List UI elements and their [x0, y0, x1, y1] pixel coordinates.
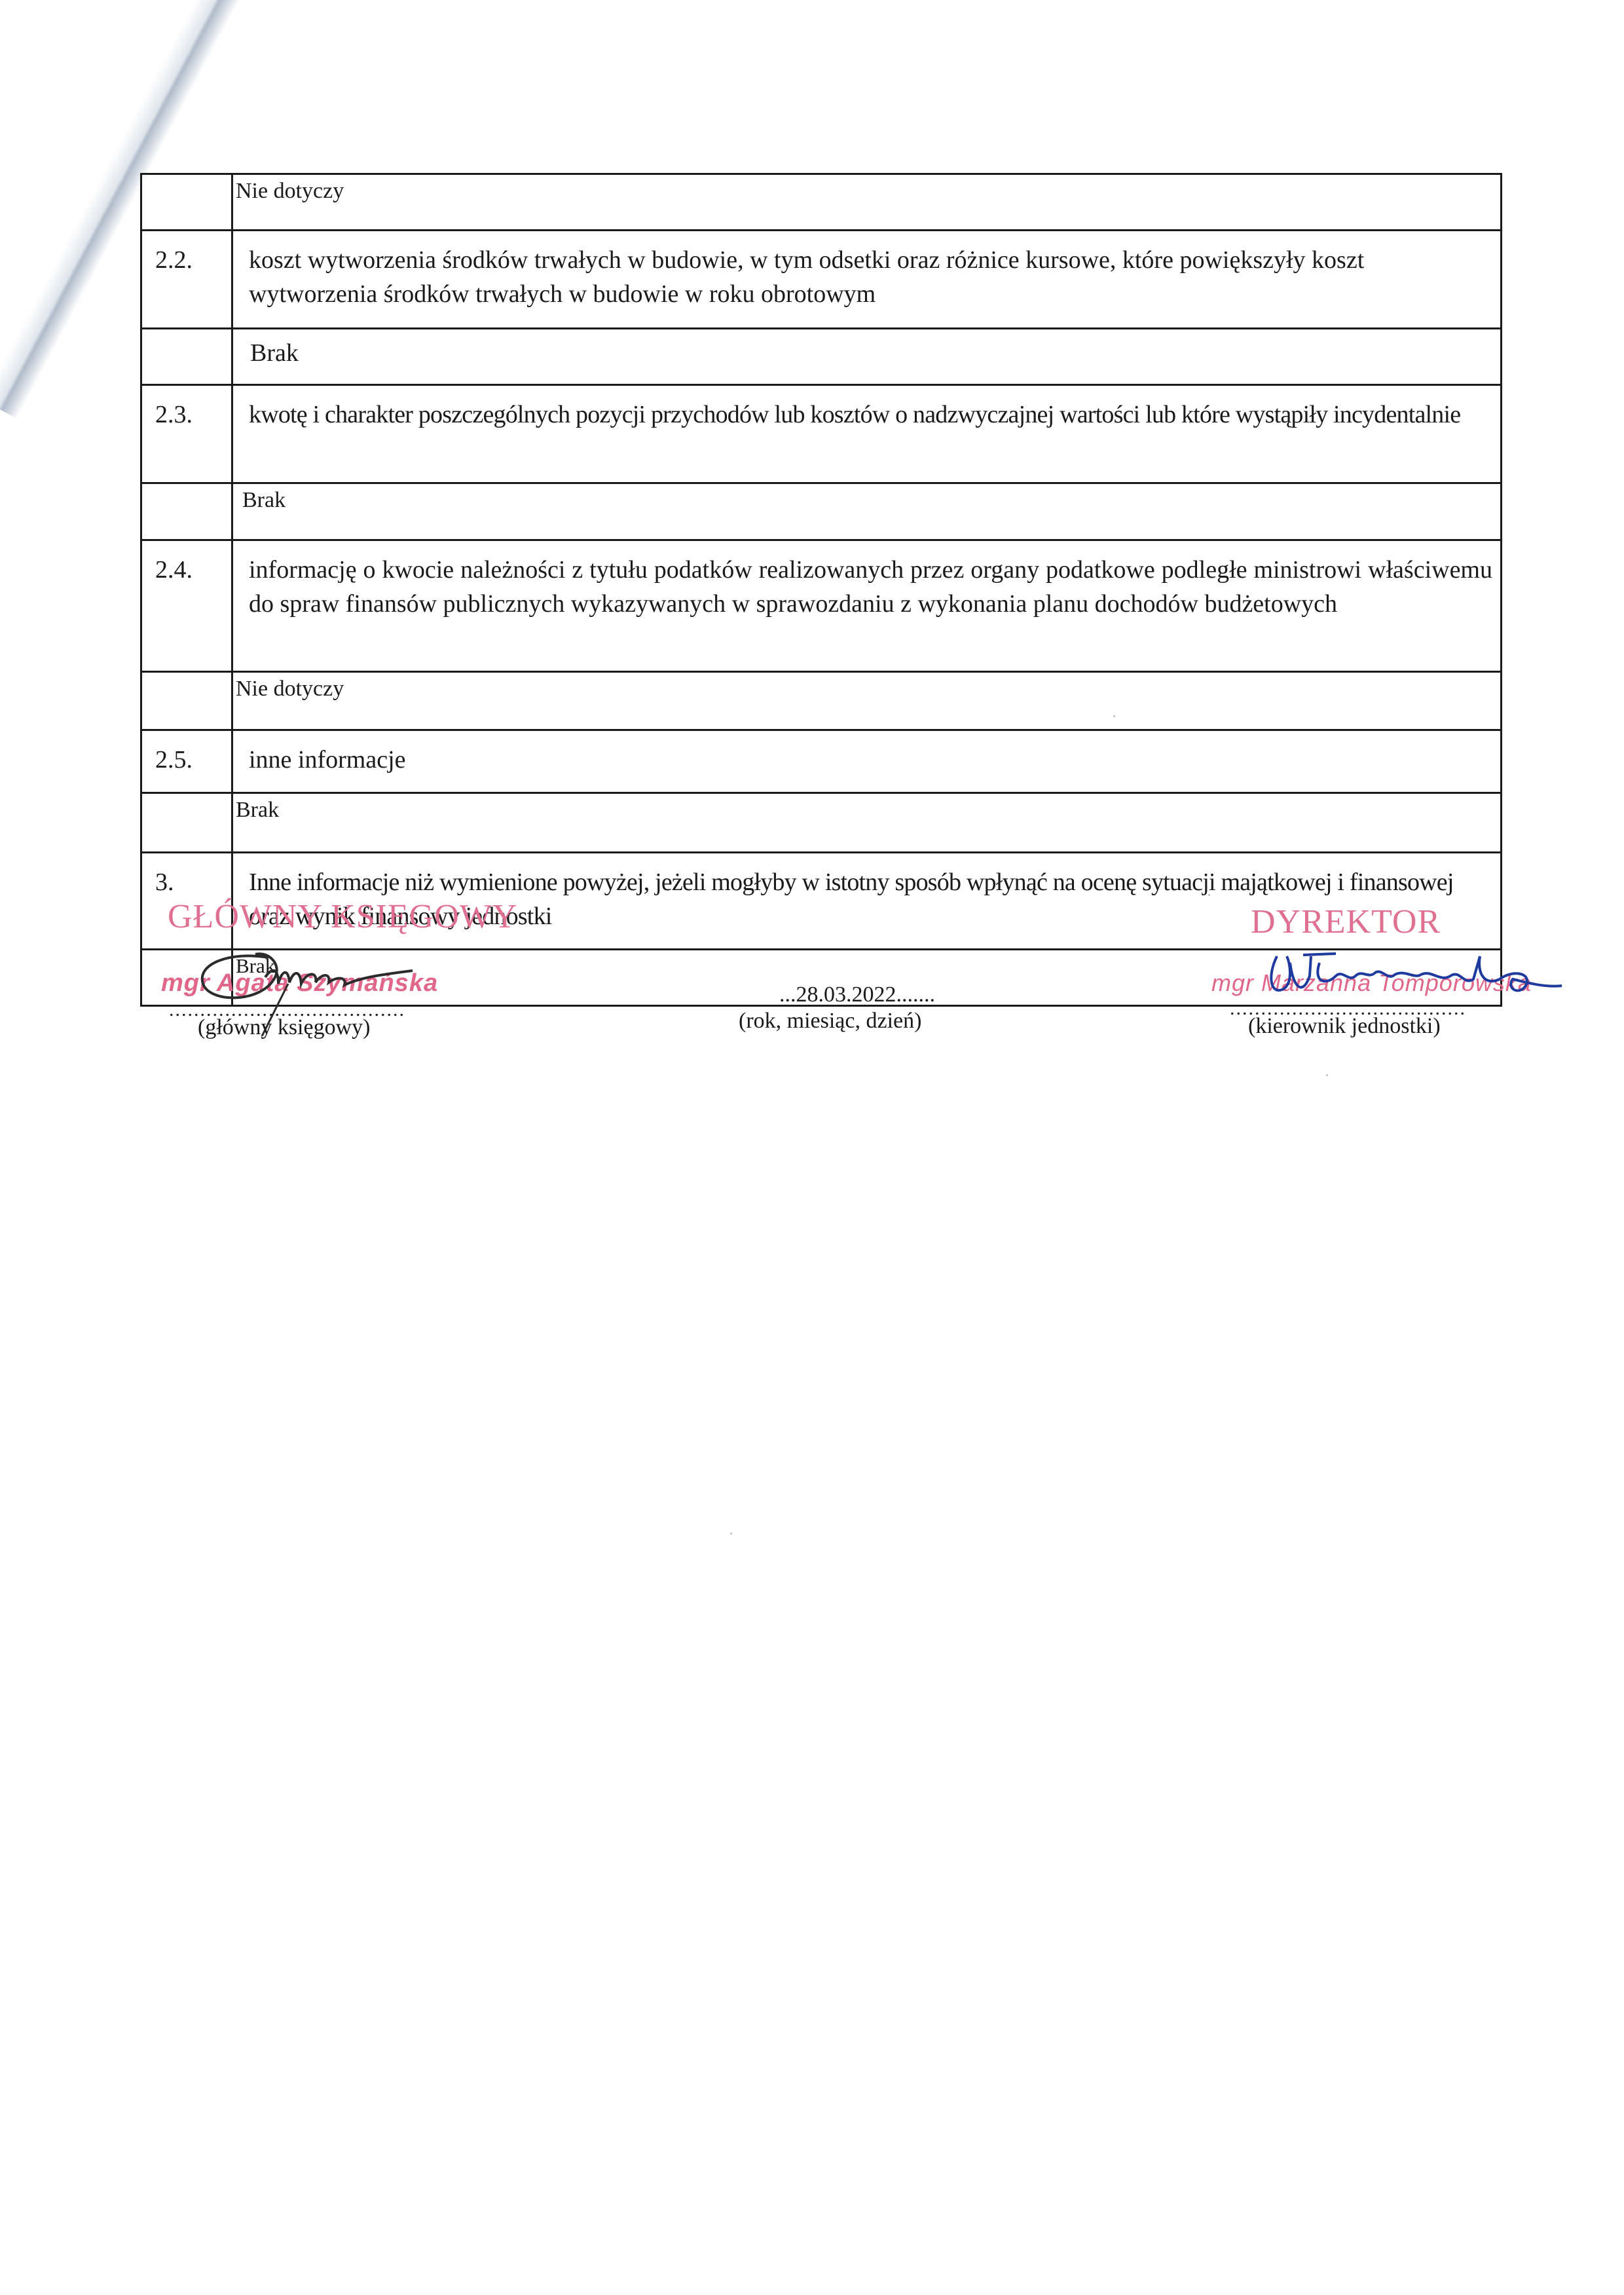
row-number — [141, 329, 232, 385]
table-row: Brak — [141, 793, 1502, 853]
table-row: 2.2. koszt wytworzenia środków trwałych … — [141, 231, 1502, 329]
table-row: 2.5. inne informacje — [141, 730, 1502, 793]
answer-text: Brak — [232, 329, 1502, 385]
table-row: 2.3. kwotę i charakter poszczególnych po… — [141, 385, 1502, 483]
answer-text: Nie dotyczy — [232, 174, 1502, 231]
row-number: 2.3. — [141, 385, 232, 483]
row-number: 2.2. — [141, 231, 232, 329]
row-number — [141, 672, 232, 730]
table-row: Brak — [141, 329, 1502, 385]
row-number: 2.5. — [141, 730, 232, 793]
scan-speck — [1113, 715, 1115, 717]
signature-date: ...28.03.2022....... — [779, 982, 935, 1007]
table-row: Nie dotyczy — [141, 672, 1502, 730]
answer-text: Nie dotyczy — [232, 672, 1502, 730]
date-caption: (rok, miesiąc, dzień) — [739, 1009, 921, 1034]
notes-table: Nie dotyczy 2.2. koszt wytworzenia środk… — [140, 173, 1502, 1007]
table-row: Nie dotyczy — [141, 174, 1502, 231]
chief-accountant-stamp-title: GŁÓWNY KSIĘGOWY — [168, 897, 517, 936]
chief-accountant-caption: (główny księgowy) — [198, 1015, 370, 1040]
question-text: koszt wytworzenia środków trwałych w bud… — [232, 231, 1502, 329]
scan-speck — [1208, 894, 1210, 896]
question-text: informację o kwocie należności z tytułu … — [232, 540, 1502, 672]
director-stamp-title: DYREKTOR — [1251, 903, 1441, 941]
row-number — [141, 483, 232, 540]
table-row: Brak — [141, 483, 1502, 540]
scan-speck — [730, 1533, 732, 1535]
director-caption: (kierownik jednostki) — [1248, 1014, 1441, 1039]
answer-text: Brak — [232, 793, 1502, 853]
row-number — [141, 793, 232, 853]
handwritten-signature-icon — [1264, 950, 1565, 1002]
director-signature-line: ...................................... — [1230, 1002, 1466, 1015]
row-number — [141, 174, 232, 231]
scan-speck — [1326, 1074, 1328, 1076]
row-number: 2.4. — [141, 540, 232, 672]
question-text: inne informacje — [232, 730, 1502, 793]
answer-text: Brak — [232, 483, 1502, 540]
question-text: kwotę i charakter poszczególnych pozycji… — [232, 385, 1502, 483]
table-row: 2.4. informację o kwocie należności z ty… — [141, 540, 1502, 672]
chief-accountant-signature-line: ...................................... — [169, 1003, 405, 1017]
